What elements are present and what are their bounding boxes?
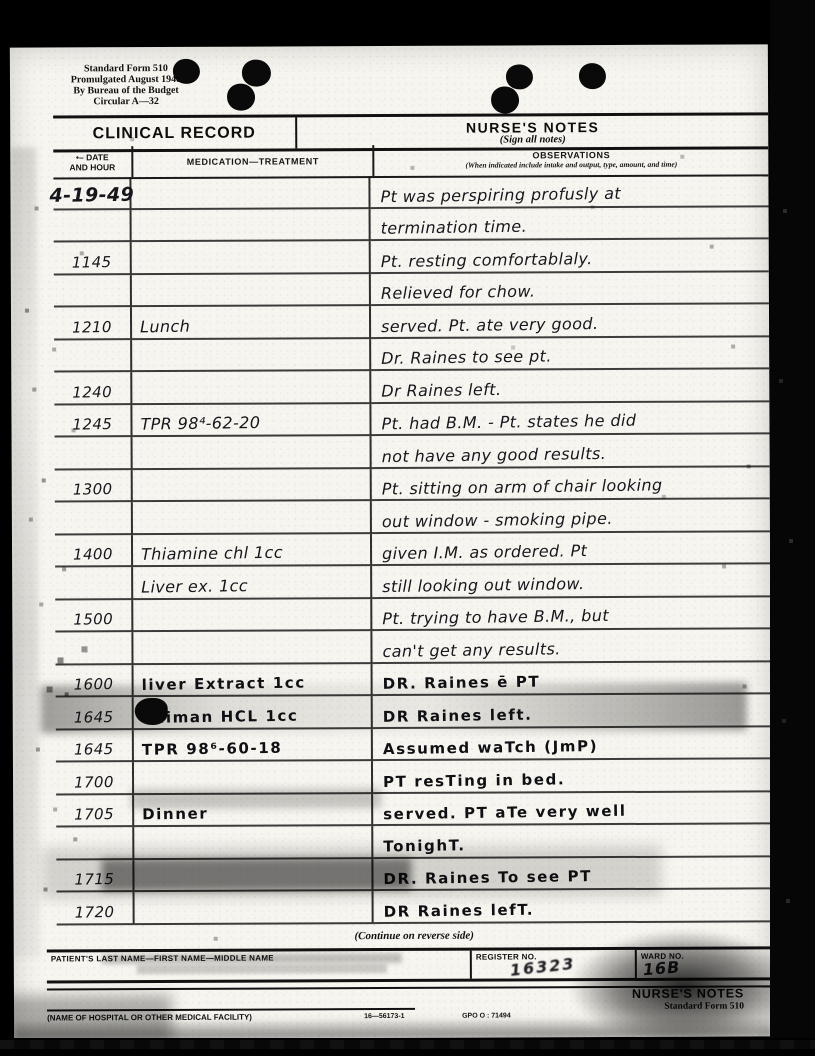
patient-name-cell: PATIENT'S LAST NAME—FIRST NAME—MIDDLE NA… bbox=[47, 951, 472, 981]
observation-cell: out window - smoking pipe. bbox=[372, 499, 770, 533]
medication-cell bbox=[133, 631, 372, 665]
observation-cell: Pt. sitting on arm of chair looking bbox=[372, 467, 770, 501]
table-row: not have any good results. bbox=[55, 434, 770, 470]
medication-cell bbox=[132, 274, 371, 308]
scan-background-edge bbox=[0, 1040, 815, 1049]
date-hour-cell: 1500 bbox=[55, 600, 133, 633]
table-row: 1720 DR Raines lefT. bbox=[57, 889, 772, 925]
scan-smudge bbox=[102, 953, 402, 964]
medication-cell bbox=[132, 371, 371, 405]
punch-hole-icon bbox=[579, 63, 606, 89]
standard-form-footer-label: Standard Form 510 bbox=[632, 1001, 744, 1011]
medication-cell: TPR 98⁶-60-18 bbox=[134, 729, 373, 763]
nurses-notes-footer-label: NURSE'S NOTES bbox=[632, 986, 744, 1000]
ink-blot bbox=[135, 698, 168, 725]
notes-table-body: 4-19-49 Pt was perspiring profusly at te… bbox=[53, 174, 771, 925]
medication-cell: liver Extract 1cc bbox=[134, 664, 373, 698]
table-row: 1705 Dinner served. PT aTe very well bbox=[56, 792, 771, 828]
date-hour-cell: 4-19-49 bbox=[53, 177, 131, 210]
observation-cell: given I.M. as ordered. Pt bbox=[372, 532, 770, 566]
scanned-document: { "stamp": { "line1": "Standard Form 510… bbox=[0, 0, 815, 1056]
medication-cell: Liver ex. 1cc bbox=[133, 566, 372, 600]
date-hour-cell bbox=[54, 275, 132, 308]
punch-hole-icon bbox=[506, 64, 533, 89]
date-hour-cell: 1245 bbox=[54, 405, 132, 438]
observation-cell: Pt was perspiring profusly at bbox=[370, 174, 768, 208]
table-row: 1210 Lunch served. Pt. ate very good. bbox=[54, 304, 769, 340]
medication-cell bbox=[133, 436, 372, 470]
medication-cell bbox=[134, 826, 373, 860]
print-code: 16—56173-1 bbox=[364, 1013, 405, 1020]
medication-cell: TPR 98⁴-62-20 bbox=[132, 404, 371, 438]
medication-cell: Lunch bbox=[132, 306, 371, 340]
observation-cell: DR. Raines To see PT bbox=[373, 857, 771, 891]
table-row: 1145 Pt. resting comfortablaly. bbox=[54, 239, 769, 275]
medication-cell bbox=[133, 469, 372, 503]
column-header-medication: MEDICATION—TREATMENT bbox=[133, 145, 374, 177]
punch-hole-icon bbox=[173, 59, 200, 84]
date-hour-cell bbox=[54, 340, 132, 373]
medication-cell bbox=[132, 339, 371, 373]
date-hour-cell bbox=[55, 567, 133, 600]
punch-hole-icon bbox=[491, 86, 519, 113]
table-row: Relieved for chow. bbox=[54, 272, 769, 308]
medication-cell: Thiamine chl 1cc bbox=[133, 534, 372, 568]
observation-cell: Dr Raines left. bbox=[371, 369, 769, 403]
observation-cell: termination time. bbox=[371, 207, 769, 241]
date-hour-cell: 1645 bbox=[56, 697, 134, 730]
ward-no-value: 16B bbox=[642, 957, 681, 979]
observation-cell: Pt. resting comfortablaly. bbox=[371, 239, 769, 273]
medication-cell bbox=[132, 209, 371, 243]
date-hour-cell: 1720 bbox=[57, 892, 135, 925]
observation-cell: still looking out window. bbox=[372, 564, 770, 598]
medication-cell bbox=[134, 859, 373, 893]
date-hour-cell: 1145 bbox=[54, 242, 132, 275]
medication-cell bbox=[132, 241, 371, 275]
table-row: 1245 TPR 98⁴-62-20 Pt. had B.M. - Pt. st… bbox=[54, 402, 769, 438]
observation-cell: served. Pt. ate very good. bbox=[371, 304, 769, 338]
observation-cell: DR Raines lefT. bbox=[374, 889, 772, 923]
date-marker: •– bbox=[76, 152, 84, 162]
table-row: TonighT. bbox=[56, 824, 771, 860]
medication-cell: Dinner bbox=[134, 794, 373, 828]
observation-cell: DR. Raines ē PT bbox=[373, 662, 771, 696]
register-no-cell: REGISTER NO. 16323 bbox=[472, 950, 637, 979]
observation-cell: served. PT aTe very well bbox=[373, 792, 771, 826]
ward-no-cell: WARD NO. 16B bbox=[637, 949, 772, 978]
table-row: 1600 liver Extract 1cc DR. Raines ē PT bbox=[56, 662, 771, 698]
observation-cell: Relieved for chow. bbox=[371, 272, 769, 306]
observation-cell: Assumed waTch (JmP) bbox=[373, 727, 771, 761]
observation-cell: Pt. trying to have B.M., but bbox=[372, 597, 770, 631]
medication-cell bbox=[135, 891, 374, 925]
medication-cell: Thiman HCL 1cc bbox=[134, 696, 373, 730]
footer-identification-box: PATIENT'S LAST NAME—FIRST NAME—MIDDLE NA… bbox=[47, 946, 772, 983]
observation-cell: PT resTing in bed. bbox=[373, 759, 771, 793]
facility-rule bbox=[47, 1008, 415, 1012]
table-row: 1645 TPR 98⁶-60-18 Assumed waTch (JmP) bbox=[56, 727, 771, 763]
medication-cell bbox=[131, 176, 370, 210]
form-id-line: Circular A—32 bbox=[56, 96, 196, 108]
punch-hole-icon bbox=[227, 84, 255, 111]
date-hour-cell bbox=[54, 210, 132, 243]
scan-background-edge bbox=[770, 0, 815, 1056]
table-row: 1715 DR. Raines To see PT bbox=[56, 857, 771, 893]
medication-cell bbox=[134, 761, 373, 795]
medication-cell bbox=[133, 501, 372, 535]
table-row: 1500 Pt. trying to have B.M., but bbox=[55, 597, 770, 633]
facility-label: (NAME OF HOSPITAL OR OTHER MEDICAL FACIL… bbox=[47, 1013, 252, 1023]
table-row: Liver ex. 1cc still looking out window. bbox=[55, 564, 770, 600]
scanned-page: Standard Form 510 Promulgated August 194… bbox=[10, 44, 772, 1039]
observation-cell: TonighT. bbox=[373, 824, 771, 858]
punch-hole-icon bbox=[242, 60, 271, 87]
medication-cell bbox=[133, 599, 372, 633]
table-row: 1700 PT resTing in bed. bbox=[56, 759, 771, 795]
gpo-code: GPO O : 71494 bbox=[462, 1012, 511, 1019]
observation-cell: not have any good results. bbox=[372, 434, 770, 468]
patient-name-smudge bbox=[137, 964, 387, 974]
date-hour-cell bbox=[55, 632, 133, 665]
table-row: 1400 Thiamine chl 1cc given I.M. as orde… bbox=[55, 532, 770, 568]
continue-note: (Continue on reverse side) bbox=[57, 928, 772, 943]
table-row: out window - smoking pipe. bbox=[55, 499, 770, 535]
column-header-observations: OBSERVATIONS (When indicated include int… bbox=[374, 143, 768, 176]
scan-smudge bbox=[10, 148, 40, 958]
date-hour-cell: 1700 bbox=[56, 762, 134, 795]
form-id-line: By Bureau of the Budget bbox=[56, 85, 196, 97]
table-row: 1240 Dr Raines left. bbox=[54, 369, 769, 405]
date-hour-cell bbox=[55, 437, 133, 470]
date-hour-cell bbox=[55, 502, 133, 535]
observation-cell: DR Raines left. bbox=[373, 694, 771, 728]
date-hour-cell: 1715 bbox=[56, 860, 134, 893]
table-row: termination time. bbox=[54, 207, 769, 243]
date-hour-cell: 1705 bbox=[56, 795, 134, 828]
form-footer-id: NURSE'S NOTES Standard Form 510 bbox=[632, 986, 744, 1011]
observation-cell: Pt. had B.M. - Pt. states he did bbox=[371, 402, 769, 436]
date-hour-cell: 1210 bbox=[54, 307, 132, 340]
date-hour-cell: 1300 bbox=[55, 470, 133, 503]
observation-cell: Dr. Raines to see pt. bbox=[371, 337, 769, 371]
nurses-notes-title: NURSE'S NOTES bbox=[466, 119, 599, 136]
table-row: 4-19-49 Pt was perspiring profusly at bbox=[53, 174, 768, 210]
table-row: Dr. Raines to see pt. bbox=[54, 337, 769, 373]
observation-cell: can't get any results. bbox=[372, 629, 770, 663]
date-hour-cell bbox=[56, 827, 134, 860]
date-hour-cell: 1240 bbox=[54, 372, 132, 405]
table-row: 1300 Pt. sitting on arm of chair looking bbox=[55, 467, 770, 503]
date-hour-cell: 1400 bbox=[55, 535, 133, 568]
date-hour-cell: 1600 bbox=[56, 665, 134, 698]
column-header-date: •– DATE AND HOUR bbox=[53, 146, 133, 177]
date-hour-cell: 1645 bbox=[56, 730, 134, 763]
table-row: can't get any results. bbox=[55, 629, 770, 665]
scan-speckles bbox=[10, 48, 12, 50]
